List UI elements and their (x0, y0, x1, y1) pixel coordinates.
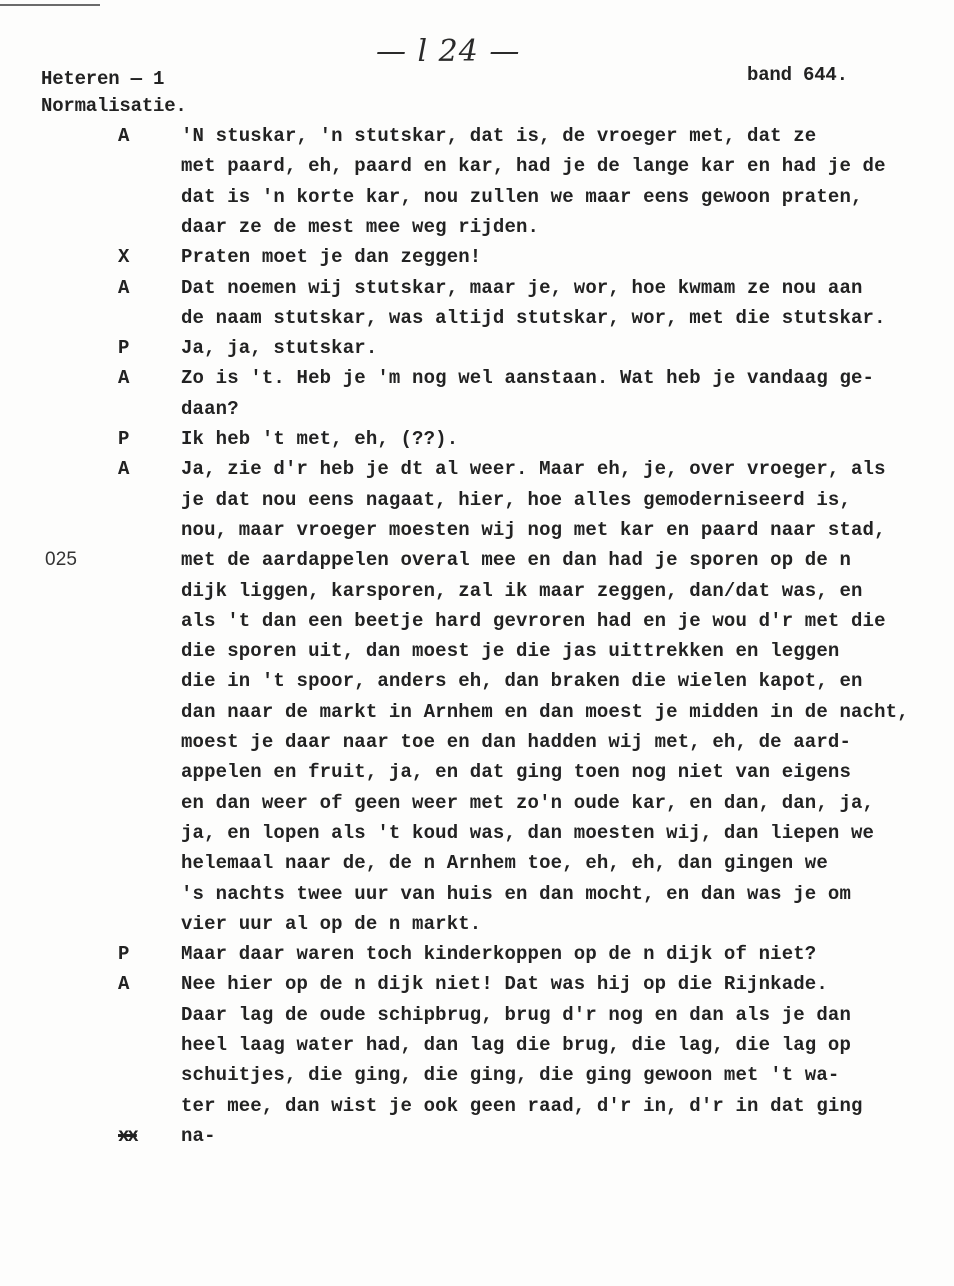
transcript-line: ANee hier op de n dijk niet! Dat was hij… (0, 973, 954, 1003)
transcript-line: appelen en fruit, ja, en dat ging toen n… (0, 761, 954, 791)
handwritten-page-number: — l 24 — (376, 34, 520, 69)
transcript-text: als 't dan een beetje hard gevroren had … (181, 610, 886, 632)
transcript-text: Dat noemen wij stutskar, maar je, wor, h… (181, 277, 863, 299)
speaker-label: A (118, 367, 130, 389)
transcript-line: de naam stutskar, was altijd stutskar, w… (0, 307, 954, 337)
transcript-line: AJa, zie d'r heb je dt al weer. Maar eh,… (0, 458, 954, 488)
transcript-text: de naam stutskar, was altijd stutskar, w… (181, 307, 886, 329)
transcript-text: Ik heb 't met, eh, (??). (181, 428, 458, 450)
transcript-text: 'N stuskar, 'n stutskar, dat is, de vroe… (181, 125, 816, 147)
transcript-text: Nee hier op de n dijk niet! Dat was hij … (181, 973, 828, 995)
speaker-label: A (118, 973, 130, 995)
transcript-text: met paard, eh, paard en kar, had je de l… (181, 155, 886, 177)
transcript-text: Ja, zie d'r heb je dt al weer. Maar eh, … (181, 458, 886, 480)
transcript-line: dan naar de markt in Arnhem en dan moest… (0, 701, 954, 731)
transcript-line: met paard, eh, paard en kar, had je de l… (0, 155, 954, 185)
transcript-line: PMaar daar waren toch kinderkoppen op de… (0, 943, 954, 973)
transcript-line: Daar lag de oude schipbrug, brug d'r nog… (0, 1004, 954, 1034)
transcript-page: — l 24 — Heteren — 1 Normalisatie. band … (0, 0, 954, 1286)
transcript-line: als 't dan een beetje hard gevroren had … (0, 610, 954, 640)
transcript-text: die in 't spoor, anders eh, dan braken d… (181, 670, 863, 692)
transcript-text: ja, en lopen als 't koud was, dan moeste… (181, 822, 874, 844)
transcript-text: appelen en fruit, ja, en dat ging toen n… (181, 761, 851, 783)
transcript-line: ter mee, dan wist je ook geen raad, d'r … (0, 1095, 954, 1125)
transcript-text: daan? (181, 398, 239, 420)
speaker-label: A (118, 458, 130, 480)
speaker-label: A (118, 125, 130, 147)
transcript-line: XPraten moet je dan zeggen! (0, 246, 954, 276)
transcript-text: Praten moet je dan zeggen! (181, 246, 481, 268)
transcript-text: daar ze de mest mee weg rijden. (181, 216, 539, 238)
transcript-text: met de aardappelen overal mee en dan had… (181, 549, 851, 571)
place-heading: Heteren — 1 (41, 68, 164, 90)
transcript-line: 's nachts twee uur van huis en dan mocht… (0, 883, 954, 913)
transcript-line: en dan weer of geen weer met zo'n oude k… (0, 792, 954, 822)
speaker-label: xx (118, 1125, 137, 1147)
time-marker: 025 (45, 549, 77, 571)
transcript-text: heel laag water had, dan lag die brug, d… (181, 1034, 851, 1056)
subtitle-heading: Normalisatie. (41, 95, 187, 117)
transcript-text: die sporen uit, dan moest je die jas uit… (181, 640, 839, 662)
transcript-text: dat is 'n korte kar, nou zullen we maar … (181, 186, 863, 208)
transcript-text: je dat nou eens nagaat, hier, hoe alles … (181, 489, 851, 511)
transcript-line: schuitjes, die ging, die ging, die ging … (0, 1064, 954, 1094)
transcript-text: Zo is 't. Heb je 'm nog wel aanstaan. Wa… (181, 367, 874, 389)
transcript-text: Daar lag de oude schipbrug, brug d'r nog… (181, 1004, 851, 1026)
transcript-text: dan naar de markt in Arnhem en dan moest… (181, 701, 909, 723)
transcript-text: helemaal naar de, de n Arnhem toe, eh, e… (181, 852, 828, 874)
transcript-text: Ja, ja, stutskar. (181, 337, 377, 359)
speaker-label: P (118, 337, 130, 359)
transcript-text: moest je daar naar toe en dan hadden wij… (181, 731, 851, 753)
transcript-text: 's nachts twee uur van huis en dan mocht… (181, 883, 851, 905)
transcript-line: ja, en lopen als 't koud was, dan moeste… (0, 822, 954, 852)
transcript-line: xxna- (0, 1125, 954, 1155)
transcript-line: PJa, ja, stutskar. (0, 337, 954, 367)
transcript-line: die in 't spoor, anders eh, dan braken d… (0, 670, 954, 700)
transcript-text: na- (181, 1125, 216, 1147)
transcript-text: Maar daar waren toch kinderkoppen op de … (181, 943, 816, 965)
transcript-line: die sporen uit, dan moest je die jas uit… (0, 640, 954, 670)
top-rule-divider (0, 4, 100, 6)
transcript-line: ADat noemen wij stutskar, maar je, wor, … (0, 277, 954, 307)
speaker-label: P (118, 943, 130, 965)
speaker-label: P (118, 428, 130, 450)
transcript-line: AZo is 't. Heb je 'm nog wel aanstaan. W… (0, 367, 954, 397)
transcript-line: helemaal naar de, de n Arnhem toe, eh, e… (0, 852, 954, 882)
transcript-line: nou, maar vroeger moesten wij nog met ka… (0, 519, 954, 549)
transcript-text: dijk liggen, karsporen, zal ik maar zegg… (181, 580, 863, 602)
transcript-text: vier uur al op de n markt. (181, 913, 481, 935)
transcript-line: daan? (0, 398, 954, 428)
transcript-line: moest je daar naar toe en dan hadden wij… (0, 731, 954, 761)
transcript-text: nou, maar vroeger moesten wij nog met ka… (181, 519, 886, 541)
tape-number: band 644. (747, 64, 848, 86)
transcript-line: vier uur al op de n markt. (0, 913, 954, 943)
transcript-line: dijk liggen, karsporen, zal ik maar zegg… (0, 580, 954, 610)
transcript-line: A'N stuskar, 'n stutskar, dat is, de vro… (0, 125, 954, 155)
speaker-label: X (118, 246, 130, 268)
transcript-text: schuitjes, die ging, die ging, die ging … (181, 1064, 839, 1086)
transcript-line: je dat nou eens nagaat, hier, hoe alles … (0, 489, 954, 519)
transcript-line: 025met de aardappelen overal mee en dan … (0, 549, 954, 579)
transcript-line: PIk heb 't met, eh, (??). (0, 428, 954, 458)
transcript-line: daar ze de mest mee weg rijden. (0, 216, 954, 246)
transcript-text: ter mee, dan wist je ook geen raad, d'r … (181, 1095, 863, 1117)
transcript-text: en dan weer of geen weer met zo'n oude k… (181, 792, 874, 814)
transcript-line: heel laag water had, dan lag die brug, d… (0, 1034, 954, 1064)
speaker-label: A (118, 277, 130, 299)
transcript-line: dat is 'n korte kar, nou zullen we maar … (0, 186, 954, 216)
